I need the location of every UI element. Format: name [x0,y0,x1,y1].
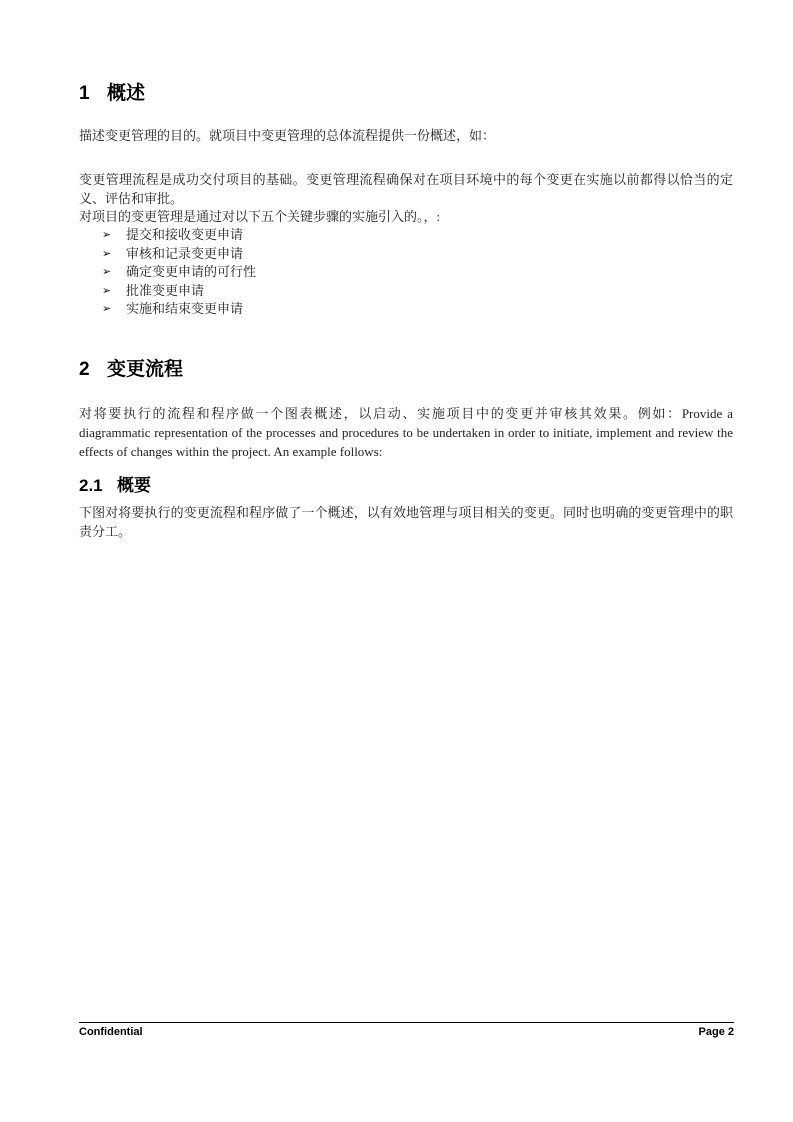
list-item: ➢批准变更申请 [79,282,256,301]
section-title: 变更流程 [107,359,183,380]
section-number: 2.1 [79,476,117,496]
arrow-bullet-icon: ➢ [102,226,111,245]
list-item-text: 实施和结束变更申请 [126,301,243,316]
list-item: ➢实施和结束变更申请 [79,300,256,319]
section-title: 概要 [117,476,151,495]
section-2-1-paragraph: 下图对将要执行的变更流程和程序做了一个概述，以有效地管理与项目相关的变更。同时也… [79,503,733,541]
list-item-text: 批准变更申请 [126,283,204,298]
footer-divider [79,1022,734,1023]
arrow-bullet-icon: ➢ [102,263,111,282]
document-page: 1概述 描述变更管理的目的。就项目中变更管理的总体流程提供一份概述，如： 变更管… [0,0,793,1122]
section-1-heading: 1概述 [79,83,145,105]
list-item-text: 确定变更申请的可行性 [126,264,256,279]
section-title: 概述 [107,83,145,104]
list-item: ➢审核和记录变更申请 [79,245,256,264]
section-2-1-heading: 2.1概要 [79,476,151,496]
section-1-paragraph-2: 对项目的变更管理是通过对以下五个关键步骤的实施引入的。，: [79,207,733,226]
footer-confidential: Confidential [79,1026,143,1039]
section-number: 1 [79,83,107,105]
section-2-heading: 2变更流程 [79,359,183,381]
arrow-bullet-icon: ➢ [102,282,111,301]
key-steps-list: ➢提交和接收变更申请 ➢审核和记录变更申请 ➢确定变更申请的可行性 ➢批准变更申… [79,226,256,319]
list-item-text: 审核和记录变更申请 [126,246,243,261]
arrow-bullet-icon: ➢ [102,300,111,319]
list-item: ➢确定变更申请的可行性 [79,263,256,282]
section-number: 2 [79,359,107,381]
arrow-bullet-icon: ➢ [102,245,111,264]
section-2-paragraph: 对将要执行的流程和程序做一个图表概述，以启动、实施项目中的变更并审核其效果。例如… [79,404,733,461]
footer-page-number: Page 2 [699,1026,734,1039]
section-1-paragraph-1: 变更管理流程是成功交付项目的基础。变更管理流程确保对在项目环境中的每个变更在实施… [79,170,733,208]
list-item-text: 提交和接收变更申请 [126,227,243,242]
section-1-intro: 描述变更管理的目的。就项目中变更管理的总体流程提供一份概述，如： [79,126,733,145]
list-item: ➢提交和接收变更申请 [79,226,256,245]
